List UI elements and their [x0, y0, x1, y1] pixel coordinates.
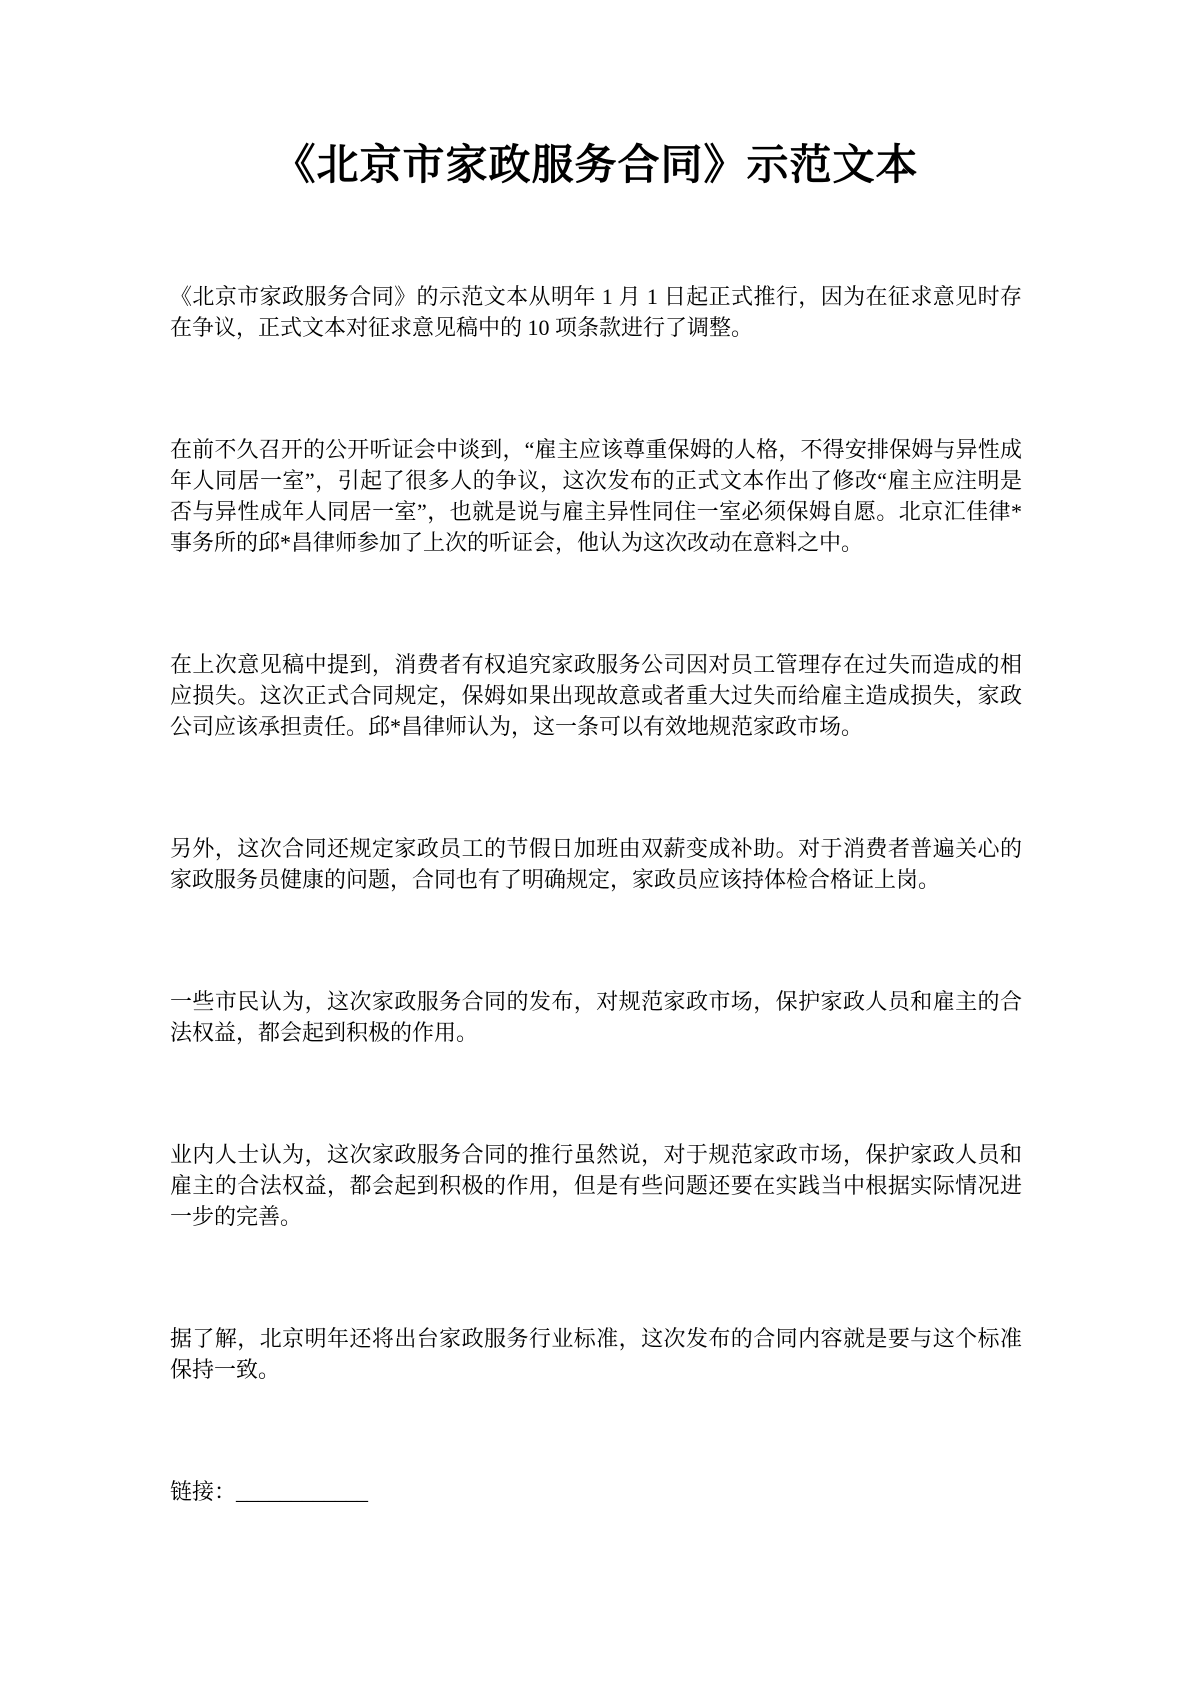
link-label: 链接：: [170, 1479, 236, 1504]
link-blank-underline: ____________: [236, 1479, 368, 1504]
paragraph-standard: 据了解，北京明年还将出台家政服务行业标准，这次发布的合同内容就是要与这个标准保持…: [170, 1323, 1022, 1385]
document-title: 《北京市家政服务合同》示范文本: [170, 140, 1022, 193]
paragraph-intro: 《北京市家政服务合同》的示范文本从明年 1 月 1 日起正式推行，因为在征求意见…: [170, 281, 1022, 343]
paragraph-industry: 业内人士认为，这次家政服务合同的推行虽然说，对于规范家政市场，保护家政人员和雇主…: [170, 1139, 1022, 1232]
paragraph-citizens: 一些市民认为，这次家政服务合同的发布，对规范家政市场，保护家政人员和雇主的合法权…: [170, 986, 1022, 1048]
document-page: 《北京市家政服务合同》示范文本 《北京市家政服务合同》的示范文本从明年 1 月 …: [0, 0, 1190, 1683]
paragraph-hearing: 在前不久召开的公开听证会中谈到，“雇主应该尊重保姆的人格，不得安排保姆与异性成年…: [170, 434, 1022, 558]
paragraph-liability: 在上次意见稿中提到，消费者有权追究家政服务公司因对员工管理存在过失而造成的相应损…: [170, 649, 1022, 742]
paragraph-holiday-health: 另外，这次合同还规定家政员工的节假日加班由双薪变成补助。对于消费者普遍关心的家政…: [170, 833, 1022, 895]
link-line: 链接：____________: [170, 1476, 1022, 1507]
